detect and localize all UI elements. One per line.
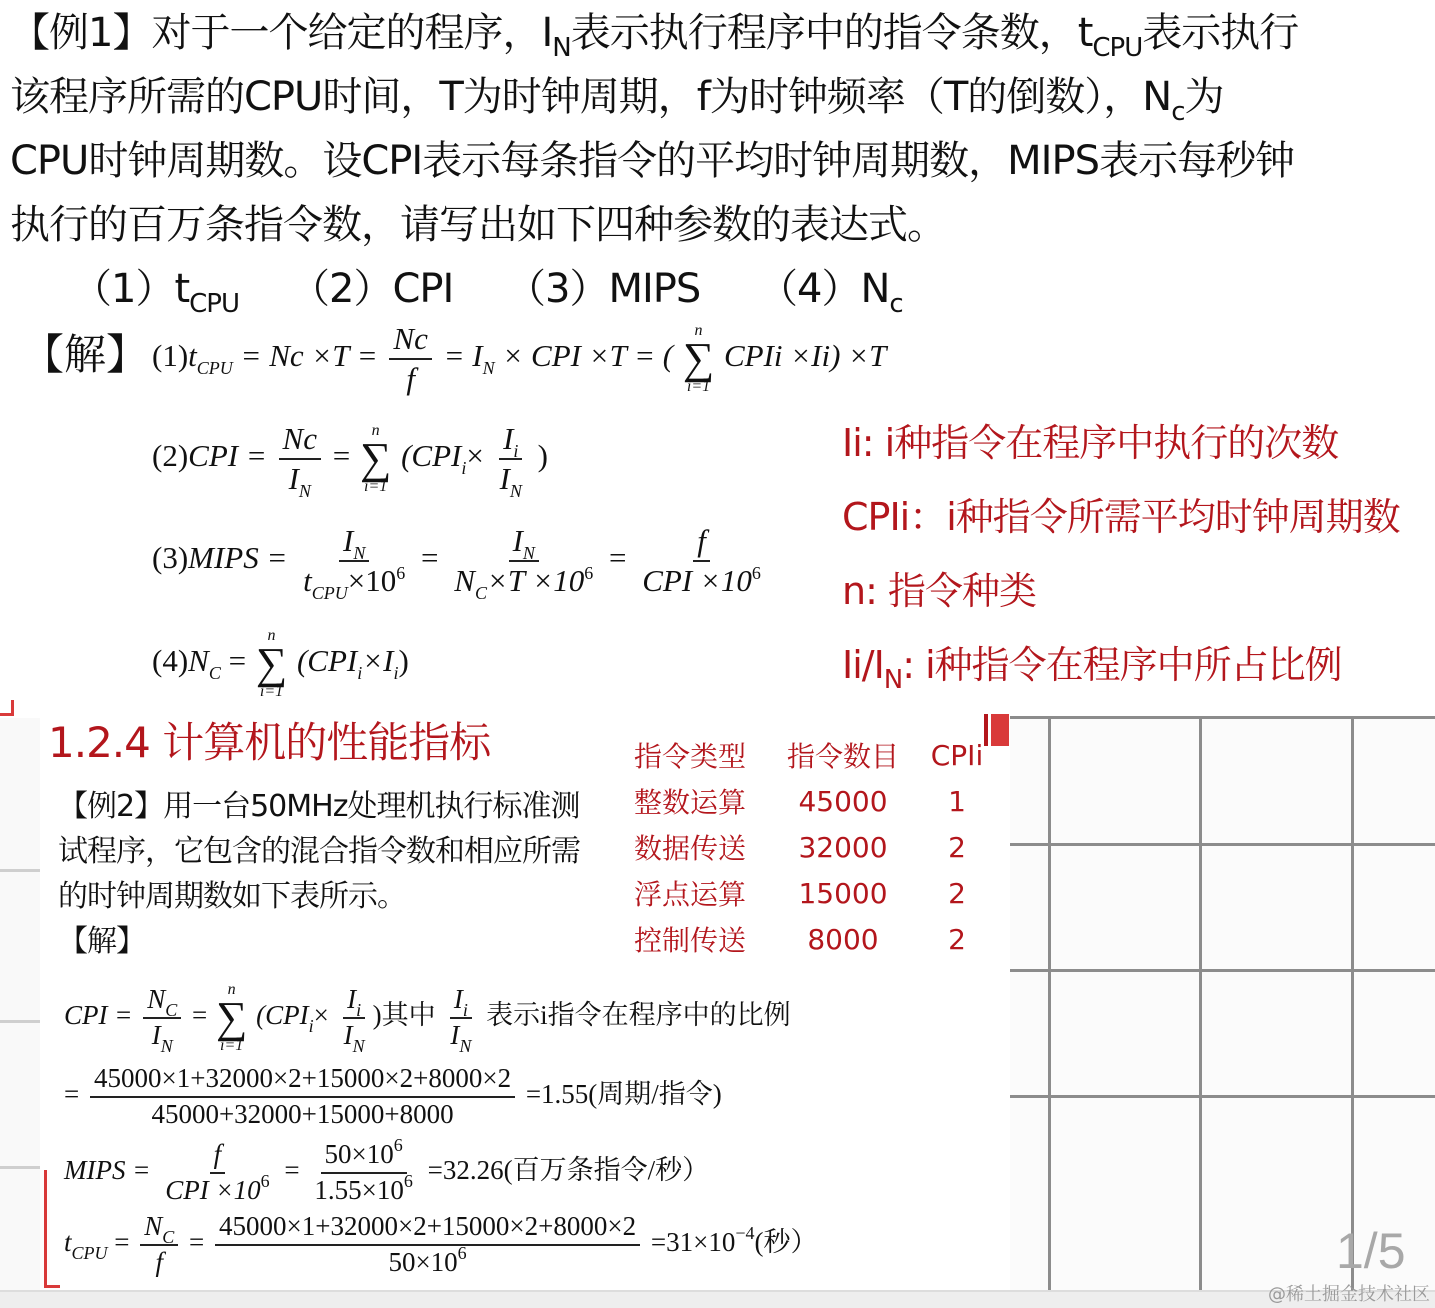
- text: =: [64, 1079, 79, 1109]
- example1-line3: CPU时钟周期数。设CPI表示每条指令的平均时钟周期数，MIPS表示每秒钟: [10, 130, 1294, 192]
- fraction: 45000×1+32000×2+15000×2+8000×245000+3200…: [90, 1064, 515, 1129]
- text: (2): [152, 438, 188, 473]
- text: =: [114, 1227, 129, 1257]
- denominator: NC×T ×106: [450, 562, 597, 598]
- subscript: CPU: [312, 583, 348, 603]
- subscript: N: [523, 543, 535, 563]
- formula2-tcpu: tCPU = NCf = 45000×1+32000×2+15000×2+800…: [64, 1212, 817, 1277]
- subscript: i: [463, 1000, 468, 1020]
- table-row: 控制传送 8000 2: [634, 916, 1002, 962]
- formula-nc: (4)NC = n∑i=1 (CPIi×Ii): [152, 628, 409, 700]
- text: = I: [444, 338, 483, 373]
- grid-line: [1010, 843, 1435, 846]
- fraction: fCPI ×106: [161, 1140, 273, 1205]
- text: t: [64, 1227, 72, 1257]
- table-row: 整数运算 45000 1: [634, 778, 1002, 824]
- sum-lower: i=1: [260, 684, 283, 700]
- text: t: [303, 563, 312, 598]
- text: ): [538, 438, 548, 473]
- subscript: C: [475, 583, 487, 603]
- corner-marker-icon: [0, 700, 14, 716]
- formula2-cpi-calc: = 45000×1+32000×2+15000×2+8000×245000+32…: [64, 1064, 722, 1129]
- text-line: 的时钟周期数如下表所示。: [58, 874, 580, 919]
- text: 表示i指令在程序中的比例: [486, 1000, 791, 1030]
- grid-line: [0, 869, 40, 872]
- fraction: NCf: [140, 1212, 178, 1277]
- text: ×I: [362, 643, 393, 678]
- text: CPI ×10: [165, 1175, 260, 1205]
- text: （4）N: [758, 266, 889, 312]
- subscript: N: [552, 33, 570, 63]
- example1-line4: 执行的百万条指令数，请写出如下四种参数的表达式。: [10, 194, 946, 256]
- fraction: IiIN: [446, 985, 475, 1050]
- denominator: IN: [148, 1019, 177, 1051]
- numerator: Ii: [450, 985, 472, 1019]
- text: CPI ×10: [642, 563, 752, 598]
- text: 1.55×10: [314, 1175, 403, 1205]
- text: =: [192, 1000, 207, 1030]
- watermark: @稀土掘金技术社区: [1268, 1280, 1430, 1306]
- result: =1.55(周期/指令): [526, 1079, 722, 1109]
- text: ×: [466, 438, 483, 473]
- numerator: f: [210, 1140, 226, 1174]
- sigma-icon: n∑i=1: [216, 982, 247, 1054]
- text: =: [284, 1155, 299, 1185]
- fraction: 45000×1+32000×2+15000×2+8000×250×106: [215, 1212, 640, 1277]
- text: 50×10: [388, 1247, 457, 1277]
- cell: 2: [912, 831, 1002, 864]
- text: CPIi ×Ii) ×T: [724, 338, 886, 373]
- exponent: 6: [404, 1171, 413, 1191]
- text: (秒）: [754, 1227, 817, 1257]
- table-header: 指令类型 指令数目 CPIi: [634, 732, 1002, 778]
- formula-tcpu: (1)tCPU = Nc ×T = Ncf = IN × CPI ×T = ( …: [152, 322, 886, 396]
- legend-ratio: Ii/IN: i种指令在程序中所占比例: [842, 634, 1342, 689]
- subscript: c: [889, 289, 902, 319]
- numerator: NC: [143, 985, 181, 1019]
- formula-cpi: (2)CPI = NcIN = n∑i=1 (CPIi× IiIN ): [152, 422, 548, 496]
- sigma-icon: n∑i=1: [360, 423, 391, 495]
- legend-ii: Ii: i种指令在程序中执行的次数: [842, 412, 1338, 467]
- subscript: C: [209, 663, 221, 683]
- exponent: 6: [261, 1171, 270, 1191]
- grid-line: [0, 1166, 40, 1169]
- text: (4): [152, 643, 188, 678]
- text: (CPI: [297, 643, 357, 678]
- text: Ii:: [842, 421, 885, 465]
- numerator: 50×106: [321, 1140, 407, 1174]
- subscript: CPU: [189, 289, 239, 319]
- sigma-icon: n∑i=1: [683, 323, 714, 395]
- result: =31×10: [651, 1227, 735, 1257]
- text: I: [454, 984, 463, 1014]
- text: I: [347, 984, 356, 1014]
- example1-line1: 【例1】对于一个给定的程序，IN表示执行程序中的指令条数，tCPU表示执行: [10, 2, 1298, 64]
- cell: 2: [912, 923, 1002, 956]
- denominator: f: [402, 360, 419, 396]
- text: Ii/I: [842, 643, 884, 687]
- exponent: 6: [394, 1135, 403, 1155]
- subscript: C: [165, 1000, 177, 1020]
- formula-mips: (3)MIPS = INtCPU×106 = INNC×T ×106 = fCP…: [152, 524, 769, 598]
- exponent: 6: [396, 563, 405, 583]
- text: (1): [152, 338, 188, 373]
- text: × CPI ×T = (: [502, 338, 673, 373]
- bottom-bar: [0, 1290, 1435, 1308]
- instruction-table: 指令类型 指令数目 CPIi 整数运算 45000 1 数据传送 32000 2…: [634, 732, 1002, 962]
- denominator: tCPU×106: [299, 562, 409, 598]
- numerator: IN: [509, 524, 539, 562]
- text: （1）t: [72, 266, 189, 312]
- denominator: f: [152, 1246, 168, 1278]
- text: I: [344, 1020, 353, 1050]
- item-mips: （3）MIPS: [506, 258, 700, 320]
- text: 50×10: [325, 1139, 394, 1169]
- text: MIPS =: [188, 540, 287, 575]
- fraction: IiIN: [340, 985, 369, 1050]
- text: i种指令所需平均时钟周期数: [946, 495, 1400, 539]
- numerator: f: [693, 524, 710, 562]
- denominator: 1.55×106: [310, 1174, 416, 1206]
- table-row: 数据传送 32000 2: [634, 824, 1002, 870]
- subscript: N: [353, 1036, 365, 1056]
- fraction: IiIN: [496, 422, 526, 496]
- text: =: [189, 1227, 204, 1257]
- solution-label-1: 【解】: [22, 322, 148, 382]
- text: 表示执行: [1142, 10, 1298, 56]
- text: I: [503, 421, 513, 456]
- numerator: Ii: [343, 985, 365, 1019]
- grid-line: [1010, 969, 1435, 972]
- text: N: [454, 563, 475, 598]
- text: MIPS =: [64, 1155, 150, 1185]
- text: =: [333, 438, 350, 473]
- fraction: Ncf: [389, 322, 431, 396]
- item-tcpu: （1）tCPU: [72, 258, 239, 320]
- corner-marker-icon: [44, 1278, 60, 1288]
- denominator: CPI ×106: [638, 562, 765, 598]
- text: I: [152, 1020, 161, 1050]
- cell: 数据传送: [634, 827, 774, 867]
- text-line: 试程序，它包含的混合指令数和相应所需: [58, 829, 580, 874]
- fraction: NCIN: [143, 985, 181, 1050]
- subscript: i: [513, 441, 518, 461]
- text: =: [609, 540, 626, 575]
- cell: 2: [912, 877, 1002, 910]
- text: i种指令在程序中所占比例: [925, 643, 1342, 687]
- numerator: Nc: [389, 322, 431, 360]
- numerator: NC: [140, 1212, 178, 1246]
- fraction: INtCPU×106: [299, 524, 409, 598]
- subscript: CPU: [197, 358, 233, 378]
- cell: 控制传送: [634, 919, 774, 959]
- fraction: 50×1061.55×106: [310, 1140, 416, 1205]
- text: I: [289, 461, 299, 496]
- text: )其中: [373, 1000, 436, 1030]
- text: ×T ×10: [487, 563, 584, 598]
- subscript: N: [884, 665, 902, 695]
- text: ×: [314, 1000, 329, 1030]
- header-cell: 指令类型: [634, 735, 774, 775]
- fraction: fCPI ×106: [638, 524, 765, 598]
- formula2-mips: MIPS = fCPI ×106 = 50×1061.55×106 =32.26…: [64, 1140, 709, 1205]
- denominator: IN: [285, 460, 315, 496]
- cell: 32000: [774, 831, 912, 864]
- text: CPI =: [64, 1000, 132, 1030]
- text: I: [513, 523, 523, 558]
- denominator: IN: [446, 1019, 475, 1051]
- grid-line: [1199, 716, 1202, 1290]
- grid-background: [1010, 718, 1435, 1308]
- example2-text: 【例2】用一台50MHz处理机执行标准测 试程序，它包含的混合指令数和相应所需 …: [58, 784, 580, 964]
- exponent: −4: [735, 1223, 754, 1243]
- text: 该程序所需的CPU时间，T为时钟周期，f为时钟频率（T的倒数），N: [10, 74, 1171, 120]
- left-red-line: [44, 1170, 47, 1288]
- subscript: CPU: [72, 1243, 108, 1263]
- denominator: CPI ×106: [161, 1174, 273, 1206]
- table-row: 浮点运算 15000 2: [634, 870, 1002, 916]
- text: :: [902, 643, 925, 687]
- formula2-cpi: CPI = NCIN = n∑i=1 (CPIi× IiIN)其中 IiIN 表…: [64, 982, 791, 1054]
- cell: 浮点运算: [634, 873, 774, 913]
- text: (CPI: [256, 1000, 308, 1030]
- text: ×10: [348, 563, 396, 598]
- text: I: [343, 523, 353, 558]
- subscript: i: [356, 1000, 361, 1020]
- subscript: CPU: [1092, 33, 1142, 63]
- subscript: N: [483, 358, 495, 378]
- text: N: [188, 643, 209, 678]
- example1-line2: 该程序所需的CPU时间，T为时钟周期，f为时钟频率（T的倒数），Nc为: [10, 66, 1224, 128]
- header-cell: 指令数目: [774, 735, 912, 775]
- subscript: N: [353, 543, 365, 563]
- grid-line: [1010, 1095, 1435, 1098]
- text: n:: [842, 569, 888, 613]
- exponent: 6: [458, 1243, 467, 1263]
- text: 指令种类: [888, 569, 1036, 613]
- text: N: [147, 984, 165, 1014]
- subscript: N: [510, 481, 522, 501]
- numerator: Ii: [499, 422, 522, 460]
- text: =: [421, 540, 438, 575]
- subscript: N: [459, 1036, 471, 1056]
- page-indicator: 1/5: [1336, 1222, 1406, 1280]
- grid-line: [1351, 716, 1354, 1290]
- subscript: N: [161, 1036, 173, 1056]
- text: I: [450, 1020, 459, 1050]
- text: 【例1】对于一个给定的程序，I: [10, 10, 552, 56]
- text: I: [500, 461, 510, 496]
- sum-lower: i=1: [364, 479, 387, 495]
- subscript: N: [299, 481, 311, 501]
- item-cpi: （2）CPI: [290, 258, 453, 320]
- legend-cpii: CPIi：i种指令所需平均时钟周期数: [842, 486, 1400, 541]
- text: 为: [1185, 74, 1224, 120]
- cell: 1: [912, 785, 1002, 818]
- text: (3): [152, 540, 188, 575]
- item-nc: （4）Nc: [758, 258, 903, 320]
- text: =: [229, 643, 246, 678]
- denominator: IN: [496, 460, 526, 496]
- denominator: IN: [340, 1019, 369, 1051]
- text: N: [144, 1211, 162, 1241]
- grid-line: [0, 1020, 40, 1023]
- fraction: NcIN: [279, 422, 321, 496]
- exponent: 6: [752, 563, 761, 583]
- header-cell: CPIi: [912, 739, 1002, 772]
- subscript: C: [162, 1227, 174, 1247]
- text: 表示执行程序中的指令条数，t: [571, 10, 1093, 56]
- text: t: [188, 338, 197, 373]
- exponent: 6: [584, 563, 593, 583]
- numerator: IN: [339, 524, 369, 562]
- numerator: 45000×1+32000×2+15000×2+8000×2: [215, 1212, 640, 1246]
- text: ): [399, 643, 409, 678]
- cell: 45000: [774, 785, 912, 818]
- text: i种指令在程序中执行的次数: [885, 421, 1339, 465]
- text: = Nc ×T =: [241, 338, 378, 373]
- text: (CPI: [401, 438, 461, 473]
- numerator: 45000×1+32000×2+15000×2+8000×2: [90, 1064, 515, 1098]
- denominator: 50×106: [384, 1246, 470, 1278]
- sigma-icon: n∑i=1: [256, 628, 287, 700]
- result: =32.26(百万条指令/秒）: [428, 1155, 709, 1185]
- subscript: c: [1171, 97, 1184, 127]
- sum-lower: i=1: [687, 379, 710, 395]
- fraction: INNC×T ×106: [450, 524, 597, 598]
- legend-n: n: 指令种类: [842, 560, 1036, 615]
- left-grid-strip: [0, 718, 40, 1290]
- grid-line: [1048, 716, 1051, 1290]
- cell: 15000: [774, 877, 912, 910]
- denominator: 45000+32000+15000+8000: [147, 1098, 457, 1130]
- solution-label-2: 【解】: [58, 919, 580, 964]
- section-title: 1.2.4 计算机的性能指标: [48, 710, 490, 770]
- numerator: Nc: [279, 422, 321, 460]
- sum-lower: i=1: [220, 1038, 243, 1054]
- cell: 8000: [774, 923, 912, 956]
- text-line: 【例2】用一台50MHz处理机执行标准测: [58, 784, 580, 829]
- text: CPIi：: [842, 495, 946, 539]
- text: CPI =: [188, 438, 267, 473]
- grid-line: [1010, 716, 1435, 719]
- cell: 整数运算: [634, 781, 774, 821]
